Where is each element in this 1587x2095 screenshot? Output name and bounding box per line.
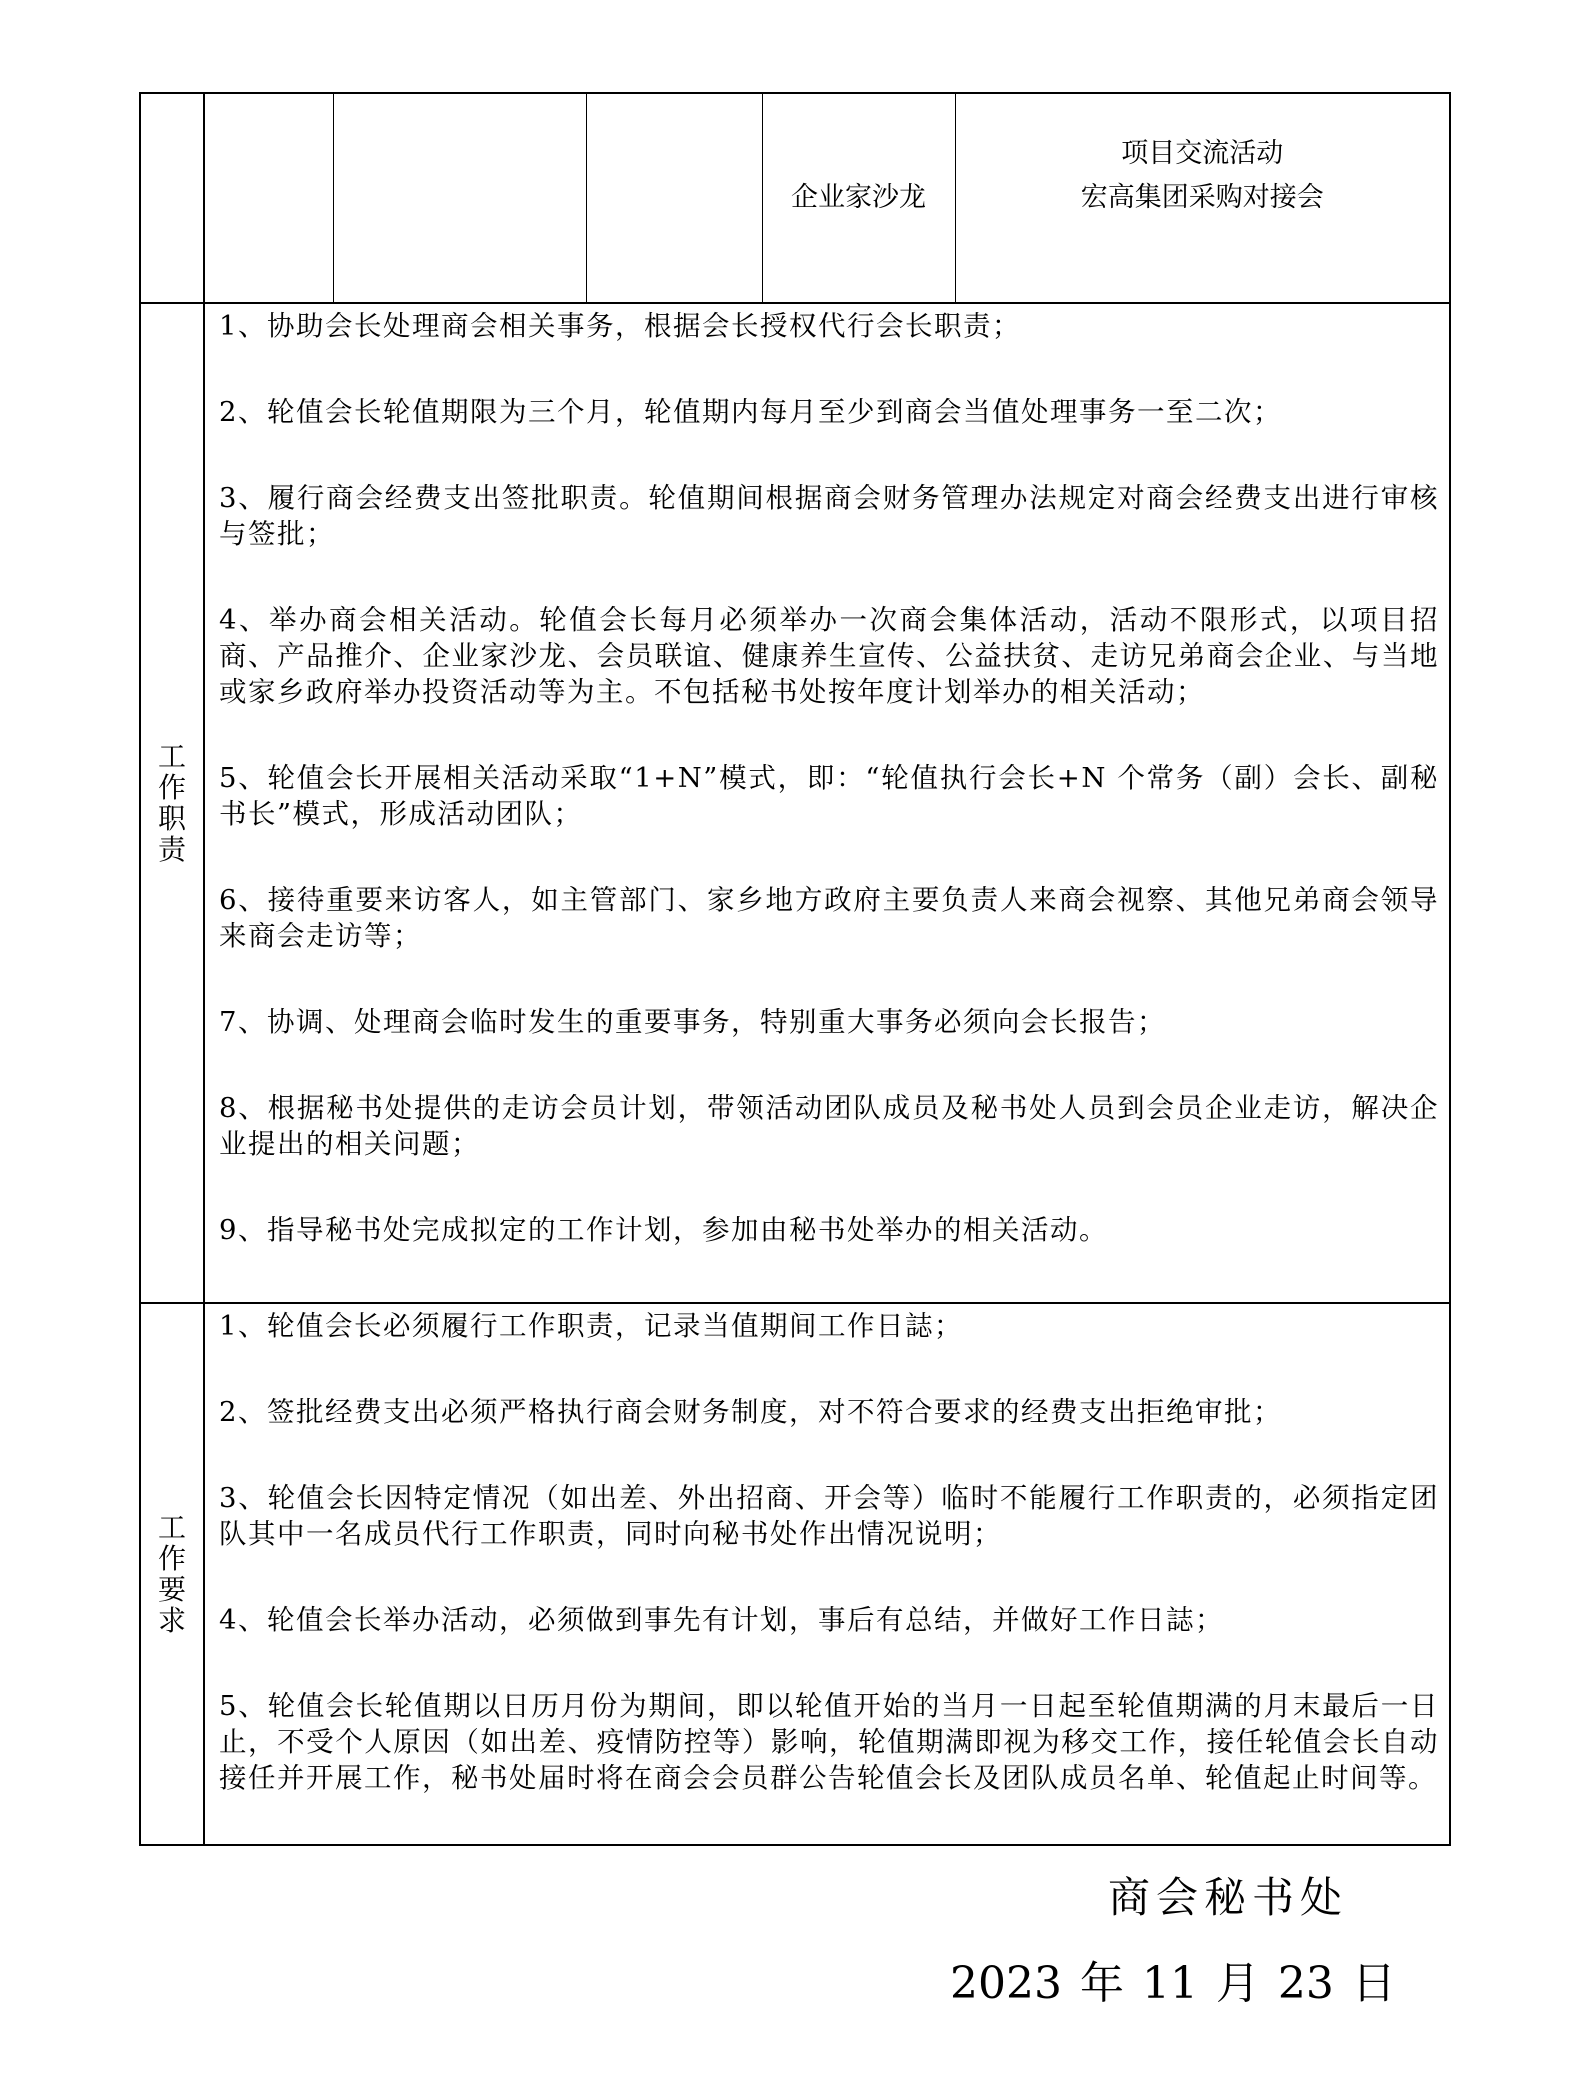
cell-line: 项目交流活动 bbox=[956, 132, 1450, 176]
table-cell bbox=[586, 93, 762, 303]
issue-date: 2023 年 11 月 23 日 bbox=[950, 1956, 1396, 2012]
table-row-requirements: 工作要求 1、轮值会长必须履行工作职责，记录当值期间工作日誌； 2、签批经费支出… bbox=[140, 1303, 1450, 1845]
duty-item: 7、协调、处理商会临时发生的重要事务，特别重大事务必须向会长报告； bbox=[219, 1004, 1439, 1040]
table-row-duties: 工作职责 1、协助会长处理商会相关事务，根据会长授权代行会长职责； 2、轮值会长… bbox=[140, 303, 1450, 1303]
table-cell-project-exchange: 项目交流活动 宏高集团采购对接会 bbox=[955, 93, 1450, 303]
duty-item: 9、指导秘书处完成拟定的工作计划，参加由秘书处举办的相关活动。 bbox=[219, 1212, 1439, 1248]
requirements-content-cell: 1、轮值会长必须履行工作职责，记录当值期间工作日誌； 2、签批经费支出必须严格执… bbox=[204, 1303, 1450, 1845]
table-cell bbox=[333, 93, 586, 303]
duty-item: 1、协助会长处理商会相关事务，根据会长授权代行会长职责； bbox=[219, 308, 1439, 344]
requirement-item: 4、轮值会长举办活动，必须做到事先有计划，事后有总结，并做好工作日誌； bbox=[219, 1602, 1439, 1638]
duty-item: 4、举办商会相关活动。轮值会长每月必须举办一次商会集体活动，活动不限形式，以项目… bbox=[219, 602, 1439, 710]
table-cell-entrepreneur-salon: 企业家沙龙 bbox=[762, 93, 955, 303]
issuer-signature: 商会秘书处 bbox=[1108, 1872, 1348, 1924]
requirement-item: 2、签批经费支出必须严格执行商会财务制度，对不符合要求的经费支出拒绝审批； bbox=[219, 1394, 1439, 1430]
requirements-label: 工作要求 bbox=[156, 1512, 188, 1636]
requirement-item: 1、轮值会长必须履行工作职责，记录当值期间工作日誌； bbox=[219, 1308, 1439, 1344]
rotating-president-duty-table: 企业家沙龙 项目交流活动 宏高集团采购对接会 工作职责 1、协助会长处理商会相关… bbox=[139, 92, 1451, 1846]
duty-item: 2、轮值会长轮值期限为三个月，轮值期内每月至少到商会当值处理事务一至二次； bbox=[219, 394, 1439, 430]
duties-label: 工作职责 bbox=[156, 741, 188, 865]
requirement-item: 3、轮值会长因特定情况（如出差、外出招商、开会等）临时不能履行工作职责的，必须指… bbox=[219, 1480, 1439, 1552]
requirements-label-cell: 工作要求 bbox=[140, 1303, 204, 1845]
table-cell bbox=[204, 93, 333, 303]
duties-list: 1、协助会长处理商会相关事务，根据会长授权代行会长职责； 2、轮值会长轮值期限为… bbox=[205, 304, 1449, 1248]
duty-item: 8、根据秘书处提供的走访会员计划，带领活动团队成员及秘书处人员到会员企业走访，解… bbox=[219, 1090, 1439, 1162]
duty-item: 3、履行商会经费支出签批职责。轮值期间根据商会财务管理办法规定对商会经费支出进行… bbox=[219, 480, 1439, 552]
requirement-item: 5、轮值会长轮值期以日历月份为期间，即以轮值开始的当月一日起至轮值期满的月末最后… bbox=[219, 1688, 1439, 1796]
duty-item: 6、接待重要来访客人，如主管部门、家乡地方政府主要负责人来商会视察、其他兄弟商会… bbox=[219, 882, 1439, 954]
table-cell bbox=[140, 93, 204, 303]
table-row-activities: 企业家沙龙 项目交流活动 宏高集团采购对接会 bbox=[140, 93, 1450, 303]
duty-item: 5、轮值会长开展相关活动采取“1+N”模式，即：“轮值执行会长+N 个常务（副）… bbox=[219, 760, 1439, 832]
requirements-list: 1、轮值会长必须履行工作职责，记录当值期间工作日誌； 2、签批经费支出必须严格执… bbox=[205, 1304, 1449, 1796]
document-page: 企业家沙龙 项目交流活动 宏高集团采购对接会 工作职责 1、协助会长处理商会相关… bbox=[0, 0, 1587, 2095]
duties-label-cell: 工作职责 bbox=[140, 303, 204, 1303]
duties-content-cell: 1、协助会长处理商会相关事务，根据会长授权代行会长职责； 2、轮值会长轮值期限为… bbox=[204, 303, 1450, 1303]
cell-line: 宏高集团采购对接会 bbox=[956, 176, 1450, 220]
